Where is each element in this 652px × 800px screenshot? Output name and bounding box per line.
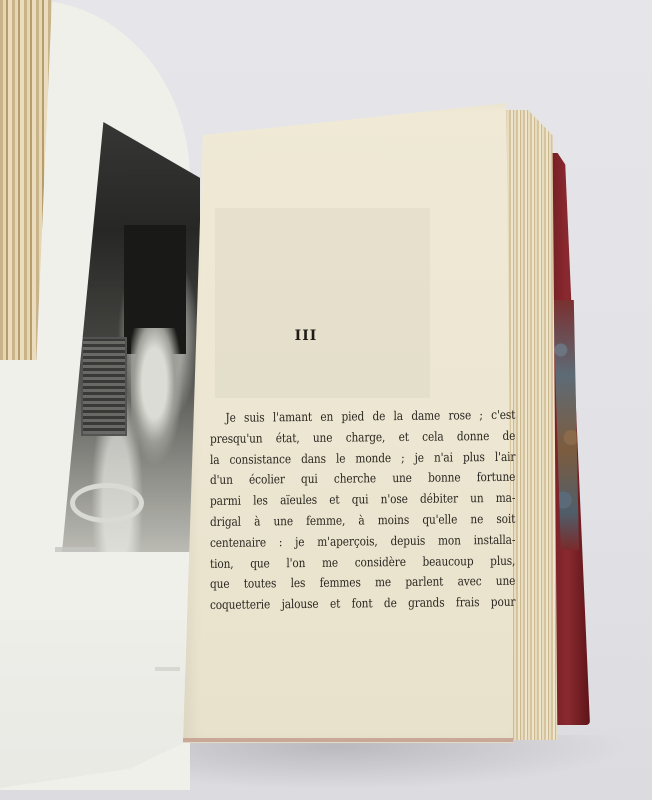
- engraver-credit-mark: [55, 547, 97, 552]
- text-line: presqu'un état, une charge, et cela donn…: [210, 426, 515, 450]
- text-line: coquetterie jalouse et font de grands fr…: [210, 592, 515, 616]
- page-mark: [155, 667, 180, 671]
- text-line: centenaire : je m'aperçois, depuis mon i…: [210, 530, 515, 554]
- chapter-body-text: Je suis l'amant en pied de la dame rose …: [210, 405, 475, 616]
- ink-offset-ghost: [215, 208, 430, 398]
- right-page-bottom-edge: [183, 738, 513, 742]
- chapter-heading: III: [286, 328, 326, 344]
- engraving-chair: [81, 337, 126, 436]
- engraving-woman-figure: [131, 328, 183, 466]
- text-line: Je suis l'amant en pied de la dame rose …: [210, 405, 515, 429]
- text-line: drigal à une femme, à moins qu'elle ne s…: [210, 509, 515, 533]
- engraving-flower-wreath: [70, 483, 143, 523]
